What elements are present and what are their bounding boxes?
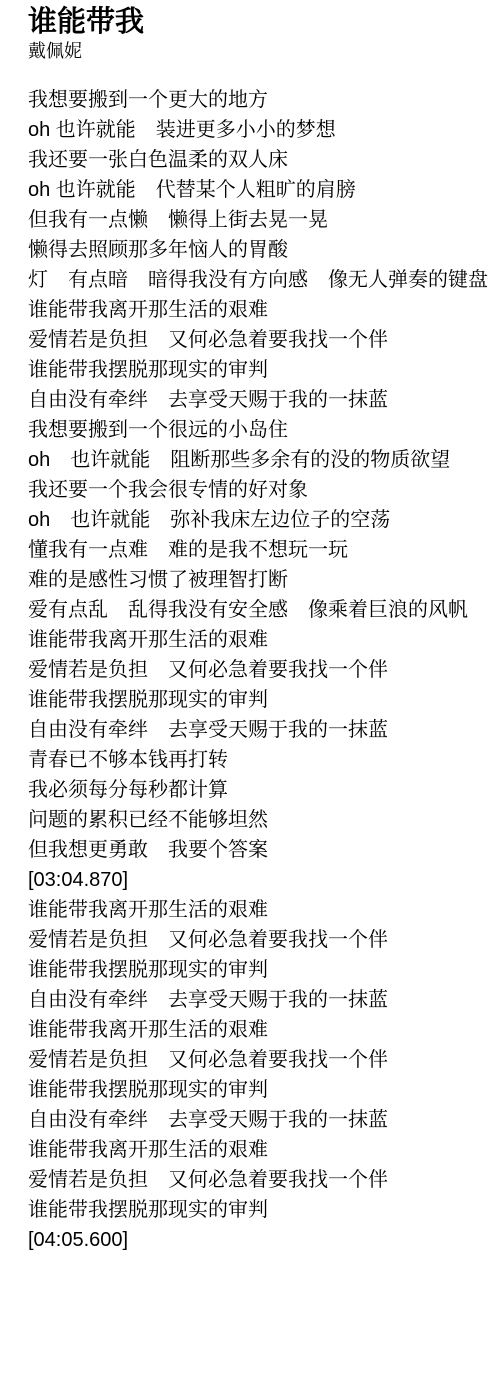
- lyric-line: 但我有一点懒 懒得上街去晃一晃: [28, 205, 492, 235]
- lyric-line: 我还要一张白色温柔的双人床: [28, 145, 492, 175]
- lyric-line: 我想要搬到一个很远的小岛住: [28, 415, 492, 445]
- lyric-line: 谁能带我离开那生活的艰难: [28, 895, 492, 925]
- lyric-line: [03:04.870]: [28, 865, 492, 895]
- lyric-line: 谁能带我摆脱那现实的审判: [28, 955, 492, 985]
- lyric-line: 谁能带我离开那生活的艰难: [28, 1135, 492, 1165]
- lyric-line: 我想要搬到一个更大的地方: [28, 85, 492, 115]
- lyric-line: 爱情若是负担 又何必急着要我找一个伴: [28, 1165, 492, 1195]
- lyric-line: 爱情若是负担 又何必急着要我找一个伴: [28, 925, 492, 955]
- lyric-line: 懒得去照顾那多年恼人的胃酸: [28, 235, 492, 265]
- lyric-line: 懂我有一点难 难的是我不想玩一玩: [28, 535, 492, 565]
- lyric-line: 谁能带我摆脱那现实的审判: [28, 1195, 492, 1225]
- lyric-line: 爱情若是负担 又何必急着要我找一个伴: [28, 1045, 492, 1075]
- lyric-line: 青春已不够本钱再打转: [28, 745, 492, 775]
- lyric-line: 爱情若是负担 又何必急着要我找一个伴: [28, 325, 492, 355]
- lyric-line: 我还要一个我会很专情的好对象: [28, 475, 492, 505]
- lyrics-page: 谁能带我 戴佩妮 我想要搬到一个更大的地方oh 也许就能 装进更多小小的梦想我还…: [0, 0, 500, 1255]
- lyric-line: 谁能带我离开那生活的艰难: [28, 295, 492, 325]
- lyric-line: [04:05.600]: [28, 1225, 492, 1255]
- lyric-line: 谁能带我摆脱那现实的审判: [28, 685, 492, 715]
- lyric-line: oh 也许就能 代替某个人粗旷的肩膀: [28, 175, 492, 205]
- lyric-line: 问题的累积已经不能够坦然: [28, 805, 492, 835]
- lyric-line: 谁能带我离开那生活的艰难: [28, 625, 492, 655]
- lyrics: 我想要搬到一个更大的地方oh 也许就能 装进更多小小的梦想我还要一张白色温柔的双…: [28, 85, 492, 1255]
- lyric-line: 灯 有点暗 暗得我没有方向感 像无人弹奏的键盘: [28, 265, 492, 295]
- lyric-line: 谁能带我摆脱那现实的审判: [28, 1075, 492, 1105]
- lyric-line: 难的是感性习惯了被理智打断: [28, 565, 492, 595]
- lyric-line: 爱情若是负担 又何必急着要我找一个伴: [28, 655, 492, 685]
- lyric-line: 谁能带我离开那生活的艰难: [28, 1015, 492, 1045]
- lyric-line: 爱有点乱 乱得我没有安全感 像乘着巨浪的风帆: [28, 595, 492, 625]
- lyric-line: 我必须每分每秒都计算: [28, 775, 492, 805]
- lyric-line: oh 也许就能 弥补我床左边位子的空荡: [28, 505, 492, 535]
- lyric-line: 自由没有牵绊 去享受天赐于我的一抹蓝: [28, 985, 492, 1015]
- song-title: 谁能带我: [28, 4, 492, 40]
- lyric-line: 自由没有牵绊 去享受天赐于我的一抹蓝: [28, 715, 492, 745]
- artist-name: 戴佩妮: [28, 40, 492, 62]
- lyric-line: 自由没有牵绊 去享受天赐于我的一抹蓝: [28, 385, 492, 415]
- lyric-line: 谁能带我摆脱那现实的审判: [28, 355, 492, 385]
- lyric-line: 自由没有牵绊 去享受天赐于我的一抹蓝: [28, 1105, 492, 1135]
- lyric-line: oh 也许就能 装进更多小小的梦想: [28, 115, 492, 145]
- lyric-line: oh 也许就能 阻断那些多余有的没的物质欲望: [28, 445, 492, 475]
- lyric-line: 但我想更勇敢 我要个答案: [28, 835, 492, 865]
